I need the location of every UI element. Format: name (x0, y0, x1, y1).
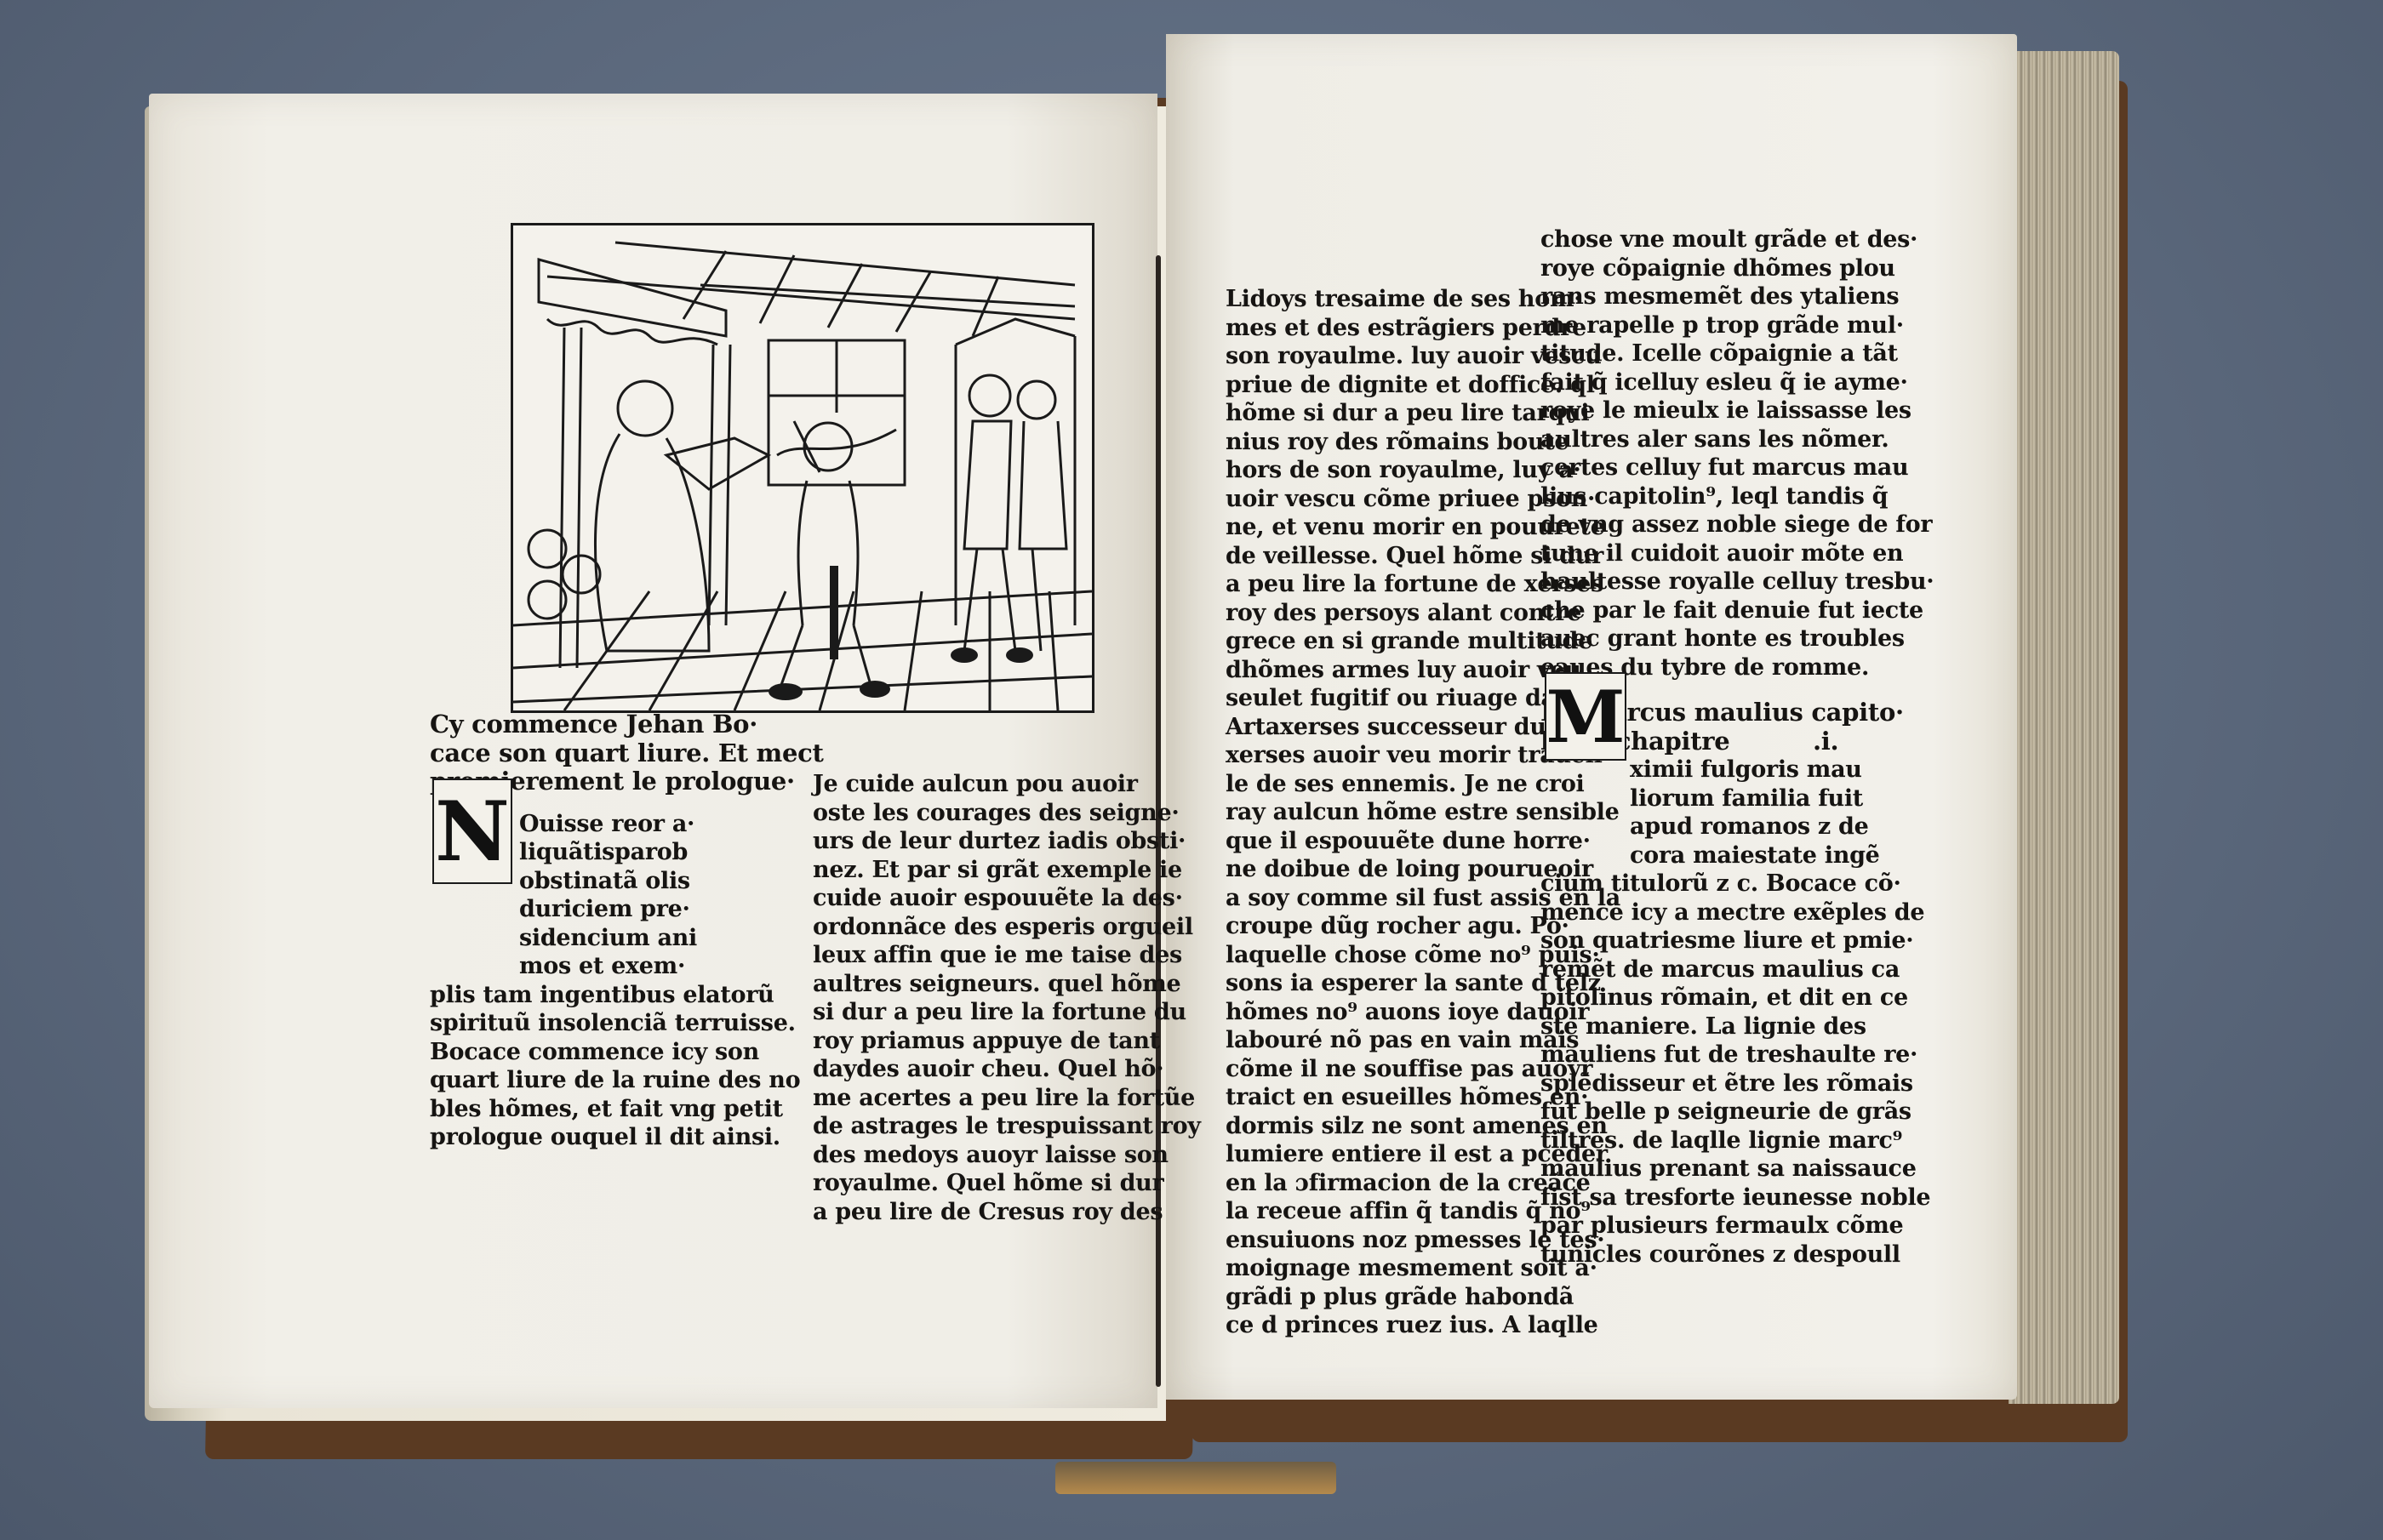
text-line: chose vne moult grãde et des· (1540, 225, 1934, 254)
text-line: auec grant honte es troubles (1540, 625, 1934, 653)
text-line: nez. Et par si grãt exemple ie (813, 856, 1201, 885)
text-line: oste les courages des seigne· (813, 799, 1201, 828)
text-line: par plusieurs fermaulx cõme (1540, 1212, 1934, 1241)
text-line: Bocace commence icy son (430, 1038, 824, 1067)
text-line: fist sa tresforte ieunesse noble (1540, 1184, 1934, 1212)
text-line: titude. Icelle cõpaignie a tãt (1540, 339, 1934, 368)
text-line: ste maniere. La lignie des (1540, 1012, 1934, 1041)
chapter-rubric-line: cace son quart liure. Et mect (430, 739, 824, 768)
text-line: duriciem pre· (430, 895, 824, 924)
text-line: si dur a peu lire la fortune du (813, 998, 1201, 1027)
decorated-initial-n: N (432, 779, 512, 884)
text-line: sidencium ani (430, 924, 824, 953)
text-line: maulius prenant sa naissauce (1540, 1155, 1934, 1184)
text-line: roye cõpaignie dhõmes plou (1540, 254, 1934, 283)
text-line: tiltres. de laqlle lignie marc⁹ (1540, 1126, 1934, 1155)
text-line: mauliens fut de treshaulte re· (1540, 1041, 1934, 1069)
text-line: rans mesmemẽt des ytaliens (1540, 282, 1934, 311)
text-line: fait q̃ icelluy esleu q̃ ie ayme· (1540, 368, 1934, 397)
text-line: roye le mieulx ie laissasse les (1540, 396, 1934, 425)
text-line: grãdi p plus grãde habondã (1226, 1283, 1620, 1312)
text-line: cora maiestate ingẽ (1540, 841, 1934, 870)
text-line: me rapelle p trop grãde mul· (1540, 311, 1934, 340)
left-column-1: Cy commence Jehan Bo· cace son quart liu… (430, 710, 824, 1152)
text-line: aultres seigneurs. quel hõme (813, 970, 1201, 999)
text-line: splẽdisseur et ẽtre les rõmais (1540, 1069, 1934, 1098)
chapter-number: .i. (1813, 727, 1838, 756)
chapter-rubric-line: Cy commence Jehan Bo· (430, 710, 824, 739)
text-line: remẽt de marcus maulius ca (1540, 955, 1934, 984)
text-line: apud romanos z de (1540, 813, 1934, 841)
text-line: de vng assez noble siege de for (1540, 510, 1934, 539)
text-line: spirituũ insolenciã terruisse. (430, 1009, 824, 1038)
text-line: ce d princes ruez ius. A laqlle (1226, 1311, 1620, 1340)
text-line: cium titulorũ z c. Bocace cõ· (1540, 870, 1934, 898)
decorated-initial-m: M (1545, 672, 1626, 761)
text-line: mos et exem· (430, 952, 824, 981)
text-line: pitolinus rõmain, et dit en ce (1540, 984, 1934, 1012)
text-line: tune il cuidoit auoir mõte en (1540, 539, 1934, 568)
text-line: che par le fait denuie fut iecte (1540, 596, 1934, 625)
text-line: liorum familia fuit (1540, 784, 1934, 813)
text-line: a peu lire de Cresus roy des (813, 1198, 1201, 1227)
text-line: lius capitolin⁹, leql tandis q̃ (1540, 482, 1934, 511)
text-line: Je cuide aulcun pou auoir (813, 770, 1201, 799)
text-line: roy priamus appuye de tant (813, 1027, 1201, 1056)
text-line: des medoys auoyr laisse son (813, 1141, 1201, 1170)
page-edges-right (2009, 51, 2119, 1404)
text-line: prologue ouquel il dit ainsi. (430, 1123, 824, 1152)
text-line: fut belle p seigneurie de grãs (1540, 1098, 1934, 1126)
text-line: mence icy a mectre exẽples de (1540, 898, 1934, 927)
woodcut-illustration (511, 223, 1094, 713)
text-line: me acertes a peu lire la fortũe (813, 1084, 1201, 1113)
text-line: haultesse royalle celluy tresbu· (1540, 568, 1934, 596)
woodcut-scene-icon (513, 225, 1092, 710)
text-line: certes celluy fut marcus mau (1540, 453, 1934, 482)
text-line: leux affin que ie me taise des (813, 941, 1201, 970)
book-spine-headband (1055, 1462, 1336, 1494)
text-line: ordonnãce des esperis orgueil (813, 913, 1201, 942)
text-line: son quatriesme liure et pmie· (1540, 927, 1934, 955)
text-line: cuide auoir espouuẽte la des· (813, 884, 1201, 913)
text-line: aultres aler sans les nõmer. (1540, 425, 1934, 454)
text-line: quart liure de la ruine des no (430, 1066, 824, 1095)
text-line: daydes auoir cheu. Quel hõ· (813, 1055, 1201, 1084)
text-line: royaulme. Quel hõme si dur (813, 1169, 1201, 1198)
text-line: tunicles courõnes z despoull (1540, 1241, 1934, 1269)
text-line: plis tam ingentibus elatorũ (430, 981, 824, 1010)
text-line: de astrages le trespuissant roy (813, 1112, 1201, 1141)
text-line: urs de leur durtez iadis obsti· (813, 827, 1201, 856)
left-column-2: Je cuide aulcun pou auoir oste les coura… (813, 770, 1201, 1226)
text-line: bles hõmes, et fait vng petit (430, 1095, 824, 1124)
